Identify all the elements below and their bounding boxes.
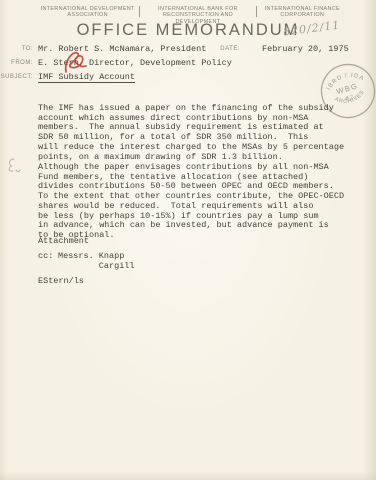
pencil-margin-mark	[4, 153, 26, 177]
institution-ifc: INTERNATIONAL FINANCE CORPORATION	[257, 6, 348, 19]
cc-label: cc:	[38, 252, 53, 262]
handwritten-initials-red-scribble	[58, 48, 94, 78]
memo-document: INTERNATIONAL DEVELOPMENT ASSOCIATION IN…	[0, 0, 376, 480]
from-label: FROM:	[0, 60, 33, 66]
date-value: February 20, 1975	[262, 44, 349, 54]
institution-ida: INTERNATIONAL DEVELOPMENT ASSOCIATION	[36, 6, 139, 19]
to-label: TO:	[0, 46, 33, 52]
cc-names: Messrs. Knapp Cargill	[58, 252, 135, 271]
stamp-center-text: WBG	[335, 81, 359, 96]
reference-initials: EStern/ls	[38, 277, 84, 287]
institution-line: CORPORATION	[257, 12, 348, 18]
attachment-note: Attachment	[38, 237, 89, 247]
body-paragraph-2: Although the paper envisages contributio…	[38, 163, 344, 241]
body-paragraph-1: The IMF has issued a paper on the financ…	[38, 104, 344, 162]
institution-line: ASSOCIATION	[36, 12, 139, 18]
date-label: DATE:	[207, 46, 240, 52]
subject-label: SUBJECT:	[0, 74, 33, 80]
